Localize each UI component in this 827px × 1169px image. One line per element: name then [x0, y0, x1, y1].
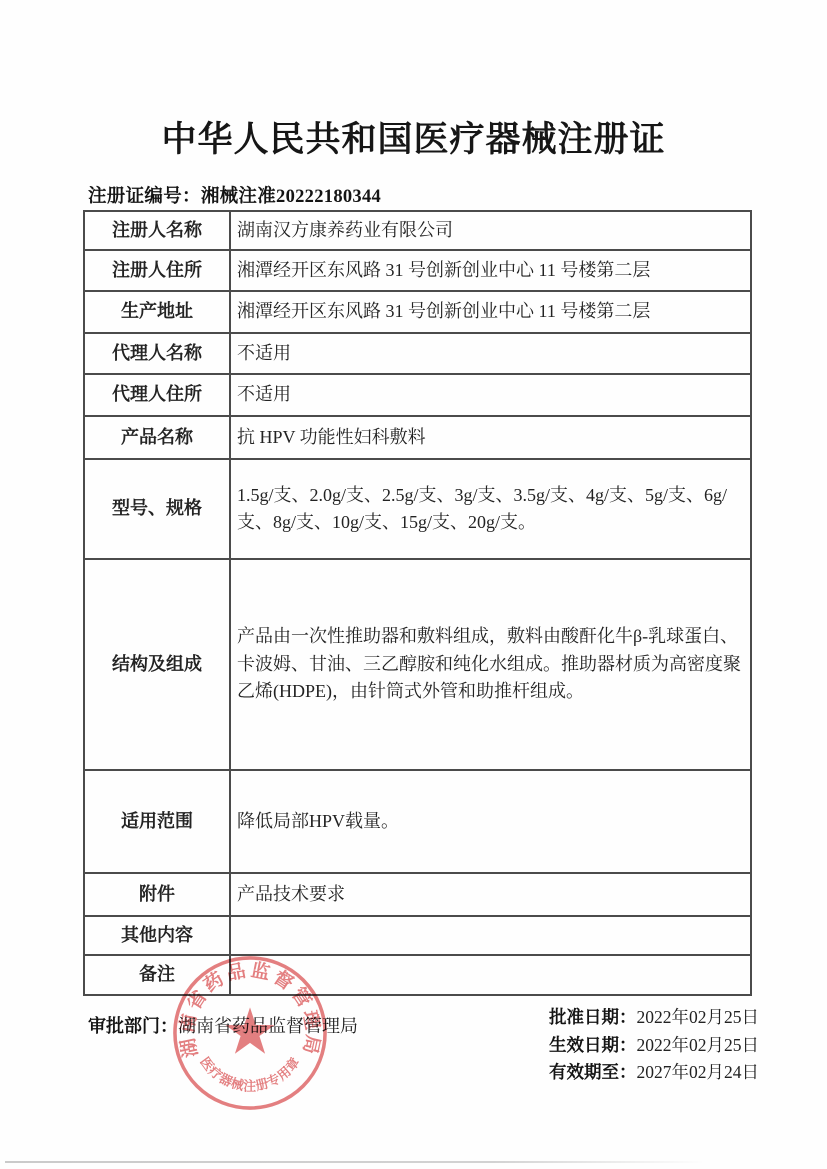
- field-value: 产品由一次性推助器和敷料组成，敷料由酸酐化牛β-乳球蛋白、卡波姆、甘油、三乙醇胺…: [230, 559, 751, 770]
- field-label: 生产地址: [84, 291, 230, 333]
- field-label: 注册人名称: [84, 211, 230, 250]
- field-label: 注册人住所: [84, 250, 230, 291]
- field-label: 其他内容: [84, 916, 230, 955]
- certificate-dates: 批准日期：2022年02月25日 生效日期：2022年02月25日 有效期至：2…: [549, 1004, 759, 1087]
- table-row: 注册人名称 湖南汉方康养药业有限公司: [84, 211, 751, 250]
- registration-number-label: 注册证编号：: [88, 187, 201, 207]
- field-label: 型号、规格: [84, 459, 230, 559]
- field-value: 不适用: [230, 374, 751, 416]
- effective-date-label: 生效日期：: [549, 1035, 637, 1055]
- approval-date-value: 2022年02月25日: [637, 1007, 760, 1027]
- field-value: 抗 HPV 功能性妇科敷料: [230, 416, 751, 459]
- field-value: 湘潭经开区东风路 31 号创新创业中心 11 号楼第二层: [230, 250, 751, 291]
- svg-text:医疗器械注册专用章: 医疗器械注册专用章: [197, 1054, 302, 1093]
- field-value: 降低局部HPV载量。: [230, 770, 751, 873]
- approval-department-line: 审批部门：湖南省药品监督管理局: [88, 1012, 358, 1038]
- approval-date-label: 批准日期：: [549, 1007, 637, 1027]
- field-value: 产品技术要求: [230, 873, 751, 916]
- table-row: 产品名称 抗 HPV 功能性妇科敷料: [84, 416, 751, 459]
- table-row: 型号、规格 1.5g/支、2.0g/支、2.5g/支、3g/支、3.5g/支、4…: [84, 459, 751, 559]
- registration-number-line: 注册证编号：湘械注准20222180344: [88, 182, 381, 208]
- table-row: 注册人住所 湘潭经开区东风路 31 号创新创业中心 11 号楼第二层: [84, 250, 751, 291]
- field-value: 不适用: [230, 333, 751, 374]
- seal-bottom-text: 医疗器械注册专用章: [197, 1054, 302, 1093]
- table-row: 结构及组成 产品由一次性推助器和敷料组成，敷料由酸酐化牛β-乳球蛋白、卡波姆、甘…: [84, 559, 751, 770]
- field-label: 代理人名称: [84, 333, 230, 374]
- table-row: 代理人住所 不适用: [84, 374, 751, 416]
- approval-date-line: 批准日期：2022年02月25日: [549, 1004, 759, 1032]
- registration-number-value: 湘械注准20222180344: [201, 187, 381, 207]
- certificate-table: 注册人名称 湖南汉方康养药业有限公司 注册人住所 湘潭经开区东风路 31 号创新…: [83, 210, 752, 996]
- field-label: 结构及组成: [84, 559, 230, 770]
- expiry-date-label: 有效期至：: [549, 1062, 637, 1082]
- field-value: [230, 916, 751, 955]
- expiry-date-line: 有效期至：2027年02月24日: [549, 1059, 759, 1087]
- field-label: 产品名称: [84, 416, 230, 459]
- approval-department-label: 审批部门：: [88, 1016, 178, 1036]
- field-value: 湘潭经开区东风路 31 号创新创业中心 11 号楼第二层: [230, 291, 751, 333]
- effective-date-value: 2022年02月25日: [637, 1035, 760, 1055]
- field-value: 1.5g/支、2.0g/支、2.5g/支、3g/支、3.5g/支、4g/支、5g…: [230, 459, 751, 559]
- table-row: 备注: [84, 955, 751, 995]
- field-value: 湖南汉方康养药业有限公司: [230, 211, 751, 250]
- scan-artifact-line: [5, 1161, 705, 1163]
- field-value: [230, 955, 751, 995]
- table-row: 其他内容: [84, 916, 751, 955]
- field-label: 适用范围: [84, 770, 230, 873]
- table-row: 适用范围 降低局部HPV载量。: [84, 770, 751, 873]
- approval-department-value: 湖南省药品监督管理局: [178, 1016, 358, 1036]
- effective-date-line: 生效日期：2022年02月25日: [549, 1032, 759, 1060]
- expiry-date-value: 2027年02月24日: [637, 1062, 760, 1082]
- field-label: 附件: [84, 873, 230, 916]
- table-row: 代理人名称 不适用: [84, 333, 751, 374]
- field-label: 代理人住所: [84, 374, 230, 416]
- page-title: 中华人民共和国医疗器械注册证: [0, 112, 827, 162]
- field-label: 备注: [84, 955, 230, 995]
- table-row: 附件 产品技术要求: [84, 873, 751, 916]
- table-row: 生产地址 湘潭经开区东风路 31 号创新创业中心 11 号楼第二层: [84, 291, 751, 333]
